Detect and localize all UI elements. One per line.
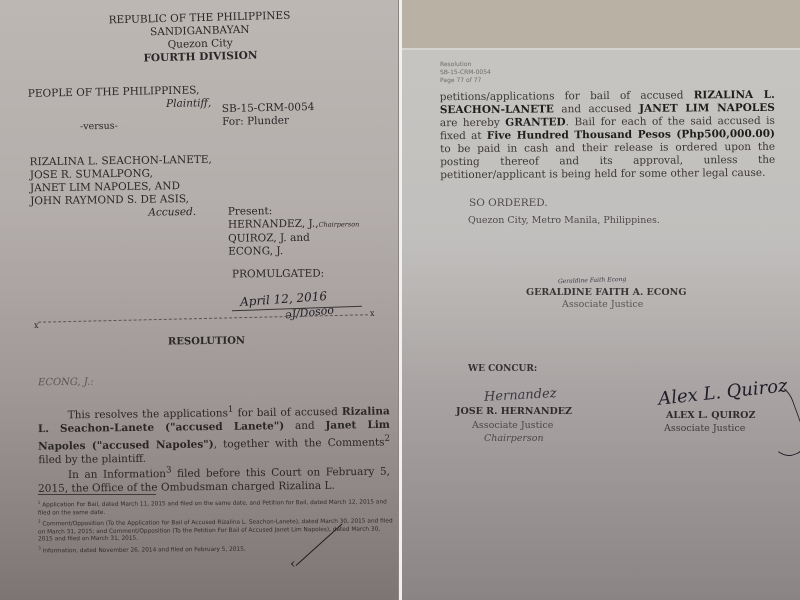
case-number: SB-15-CRM-0054 (222, 101, 315, 116)
header-case-number: SB-15-CRM-0054 (440, 69, 491, 77)
accused-name: RIZALINA L. SEACHON-LANETE, (30, 154, 212, 170)
text: are hereby (440, 117, 505, 129)
header-doc-type: Resolution (440, 61, 491, 69)
versus-label: -versus- (80, 121, 118, 133)
footnotes: 1 Application For Bail, dated March 11, … (38, 495, 396, 555)
place-of-issue: Quezon City, Metro Manila, Philippines. (468, 215, 660, 226)
hernandez-role: Chairperson (484, 433, 544, 444)
footnote: 2 Comment/Opposition (To the Application… (38, 515, 396, 545)
sheet-edge (402, 48, 800, 50)
text: , together with the Comments (214, 436, 385, 450)
handwritten-arrow-head-icon: ‹ (290, 556, 296, 572)
text: and accused (554, 103, 639, 116)
hernandez-handwritten-signature: Hernandez (484, 386, 557, 405)
we-concur-label: WE CONCUR: (468, 364, 537, 374)
accused-block: RIZALINA L. SEACHON-LANETE, JOSE R. SUMA… (30, 154, 213, 222)
text: and (284, 420, 325, 433)
ponente-name: GERALDINE FAITH A. ECONG (526, 287, 686, 298)
justice-name: ECONG, J. (228, 244, 360, 258)
justice-name: HERNANDEZ, J., (228, 218, 319, 231)
divider-mark-right: x (370, 309, 375, 318)
ponente: ECONG, J.: (38, 377, 94, 389)
econg-handwritten-signature: Geraldine Faith Econg (558, 276, 626, 285)
paragraph-2: In an Information3 filed before this Cou… (38, 462, 390, 496)
text: petitions/applications for bail of accus… (440, 89, 694, 103)
footnote-separator (38, 494, 156, 495)
footnote-ref: 2 (384, 433, 390, 443)
background-surface (402, 0, 800, 48)
hernandez-name: JOSE R. HERNANDEZ (456, 406, 572, 417)
dashed-divider (38, 314, 368, 322)
case-info: SB-15-CRM-0054 For: Plunder (222, 101, 315, 129)
resolution-title: RESOLUTION (168, 335, 245, 347)
accused-role: Accused. (30, 206, 212, 222)
text: In an Information (68, 468, 166, 481)
paragraph-1: This resolves the applications1 for bail… (38, 402, 391, 467)
text: This resolves the applications (68, 407, 228, 421)
right-document-page: Resolution SB-15-CRM-0054 Page 77 of 77 … (402, 0, 800, 600)
present-justices: Present: HERNANDEZ, J.,Chairperson QUIRO… (228, 204, 360, 258)
case-charge: For: Plunder (222, 114, 315, 129)
hernandez-title: Associate Justice (472, 420, 553, 431)
court-header: REPUBLIC OF THE PHILIPPINES SANDIGANBAYA… (59, 8, 340, 67)
text: filed by the plaintiff. (38, 452, 146, 465)
chairperson-note: Chairperson (319, 220, 360, 228)
clerk-initials-signature: ǝJ/Dosoo (284, 303, 334, 321)
ponente-title: Associate Justice (562, 299, 643, 310)
justice-line: HERNANDEZ, J.,Chairperson (228, 217, 360, 232)
quiroz-name: ALEX L. QUIROZ (666, 410, 755, 421)
accused-napoles: JANET LIM NAPOLES (639, 102, 775, 115)
bail-amount: Five Hundred Thousand Pesos (Php500,000.… (487, 128, 775, 142)
text: for bail of accused (233, 406, 341, 419)
running-header: Resolution SB-15-CRM-0054 Page 77 of 77 (440, 61, 491, 85)
so-ordered: SO ORDERED. (469, 197, 548, 209)
dispositive-paragraph: petitions/applications for bail of accus… (440, 89, 776, 182)
footnote: 3 Information, dated November 26, 2014 a… (38, 541, 396, 556)
plaintiff-block: PEOPLE OF THE PHILIPPINES, Plaintiff, (28, 84, 212, 114)
header-page-number: Page 77 of 77 (440, 77, 491, 85)
granted-label: GRANTED (505, 116, 565, 128)
divider-mark-left: x (34, 321, 39, 330)
quiroz-title: Associate Justice (664, 423, 745, 434)
text: to be paid in cash and their release is … (440, 141, 775, 181)
promulgated-label: PROMULGATED: (232, 268, 324, 281)
left-document-page: REPUBLIC OF THE PHILIPPINES SANDIGANBAYA… (0, 0, 398, 600)
